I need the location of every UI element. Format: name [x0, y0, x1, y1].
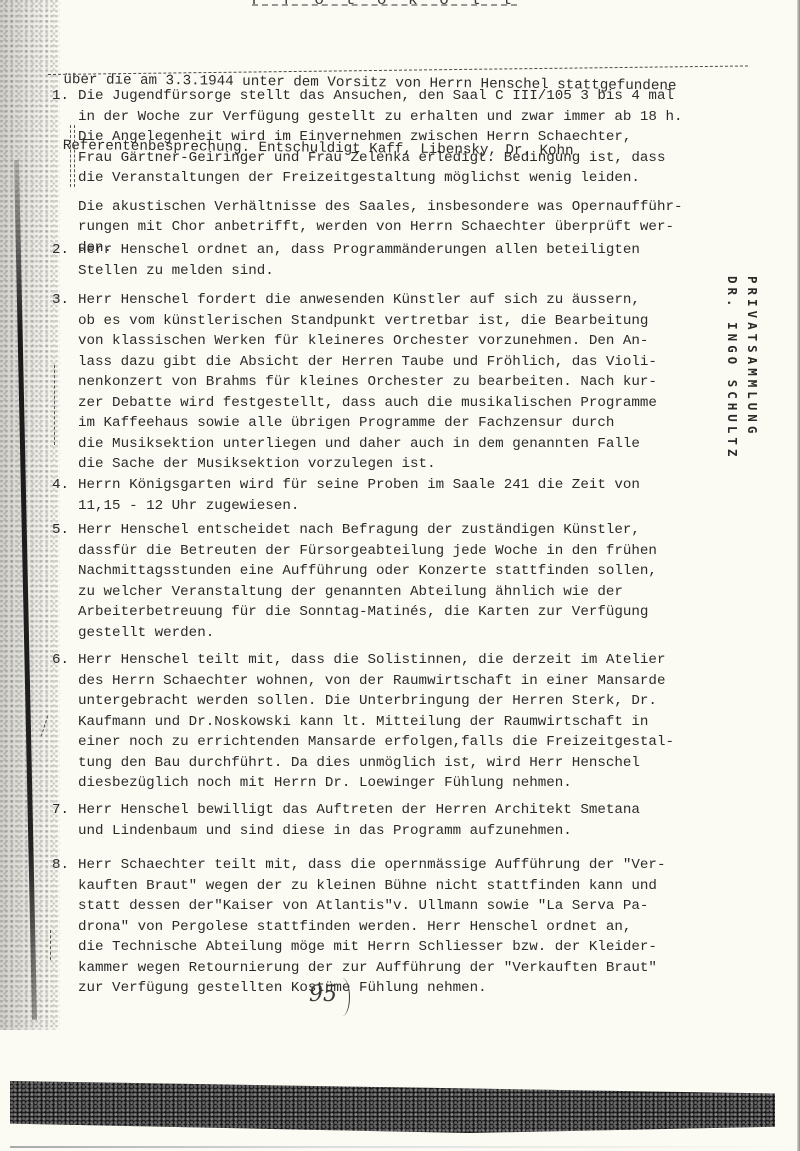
item-line: gestellt werden. [78, 623, 742, 644]
item-line: untergebracht werden sollen. Die Unterbr… [78, 691, 742, 712]
item-number: 4. [52, 475, 78, 516]
item-line: rungen mit Chor anbetrifft, werden von H… [78, 217, 742, 238]
agenda-item-4: 4. Herrn Königsgarten wird für seine Pro… [52, 475, 742, 516]
agenda-item-3: 3. Herr Henschel fordert die anwesenden … [52, 290, 742, 475]
handwritten-page-number: 95 [309, 982, 337, 1007]
item-line: Stellen zu melden sind. [78, 261, 742, 282]
item-line: Herrn Königsgarten wird für seine Proben… [78, 475, 742, 496]
margin-mark [70, 125, 71, 187]
archive-stamp: PRIVATSAMMLUNG DR. INGO SCHULTZ [722, 276, 762, 460]
agenda-item-7: 7. Herr Henschel bewilligt das Auftreten… [52, 800, 742, 841]
item-line: lass dazu gibt die Absicht der Herren Ta… [78, 352, 742, 373]
agenda-item-6: 6. Herr Henschel teilt mit, dass die Sol… [52, 650, 742, 794]
item-line: 11,15 - 12 Uhr zugewiesen. [78, 496, 742, 517]
item-number: 2. [52, 240, 78, 281]
item-line: kammer wegen Retournierung der zur Auffü… [78, 958, 742, 979]
agenda-item-1: 1. Die Jugendfürsorge stellt das Ansuche… [52, 86, 742, 258]
item-line: einer noch zu errichtenden Mansarde erfo… [78, 732, 742, 753]
agenda-item-8: 8. Herr Schaechter teilt mit, dass die o… [52, 855, 742, 999]
item-line: Die Jugendfürsorge stellt das Ansuchen, … [78, 86, 742, 107]
item-line: die Technische Abteilung möge mit Herrn … [78, 937, 742, 958]
stamp-line-collection: PRIVATSAMMLUNG [742, 276, 762, 460]
item-line: Nachmittagsstunden eine Aufführung oder … [78, 561, 742, 582]
item-line: Die Angelegenheit wird im Einvernehmen z… [78, 127, 742, 148]
scan-artifact-bottom-bar [10, 1081, 775, 1133]
item-line: zer Debatte wird festgestellt, dass auch… [78, 393, 742, 414]
item-line: Herr Henschel ordnet an, dass Programmän… [78, 240, 742, 261]
item-line: die Musiksektion unterliegen und daher a… [78, 434, 742, 455]
item-line: Herr Schaechter teilt mit, dass die oper… [78, 855, 742, 876]
item-line: dassfür die Betreuten der Fürsorgeabteil… [78, 541, 742, 562]
document-heading: P r o t o k o l l [252, 0, 517, 9]
item-line: drona" von Pergolese stattfinden werden.… [78, 917, 742, 938]
item-line: zu welcher Veranstaltung der genannten A… [78, 582, 742, 603]
item-line: zur Verfügung gestellten Kostüme Fühlung… [78, 978, 742, 999]
margin-mark [50, 930, 51, 960]
item-line: tung den Bau durchführt. Da dies unmögli… [78, 753, 742, 774]
item-line: ob es vom künstlerischen Standpunkt vert… [78, 311, 742, 332]
item-line: im Kaffeehaus sowie alle übrigen Program… [78, 413, 742, 434]
item-number: 8. [52, 855, 78, 999]
item-line: Frau Gärtner-Geiringer und Frau Zelenka … [78, 148, 742, 169]
item-number: 5. [52, 520, 78, 643]
item-line: von klassischen Werken für kleineres Orc… [78, 331, 742, 352]
item-line: kauften Braut" wegen der zu kleinen Bühn… [78, 876, 742, 897]
item-number: 3. [52, 290, 78, 475]
stamp-line-owner: DR. INGO SCHULTZ [722, 276, 742, 460]
agenda-item-5: 5. Herr Henschel entscheidet nach Befrag… [52, 520, 742, 643]
item-line: Herr Henschel entscheidet nach Befragung… [78, 520, 742, 541]
agenda-item-2: 2. Herr Henschel ordnet an, dass Program… [52, 240, 742, 281]
scan-edge-bottom [10, 1146, 790, 1148]
item-line: Arbeiterbetreuung für die Sonntag-Matiné… [78, 602, 742, 623]
item-line: Herr Henschel teilt mit, dass die Solist… [78, 650, 742, 671]
item-line: diesbezüglich noch mit Herrn Dr. Loewing… [78, 773, 742, 794]
scan-shadow-left [0, 0, 60, 1030]
item-line: die Sache der Musiksektion vorzulegen is… [78, 454, 742, 475]
item-number: 7. [52, 800, 78, 841]
margin-mark [74, 125, 75, 187]
item-line: Herr Henschel bewilligt das Auftreten de… [78, 800, 742, 821]
item-number: 6. [52, 650, 78, 794]
item-line: die Veranstaltungen der Freizeitgestaltu… [78, 168, 742, 189]
item-line: in der Woche zur Verfügung gestellt zu e… [78, 107, 742, 128]
margin-mark [54, 365, 55, 445]
item-line: Kaufmann und Dr.Noskowski kann lt. Mitte… [78, 712, 742, 733]
item-line: Die akustischen Verhältnisse des Saales,… [78, 197, 742, 218]
item-line: statt dessen der"Kaiser von Atlantis"v. … [78, 896, 742, 917]
item-line: und Lindenbaum und sind diese in das Pro… [78, 821, 742, 842]
item-line: Herr Henschel fordert die anwesenden Kün… [78, 290, 742, 311]
item-line: des Herrn Schaechter wohnen, von der Rau… [78, 671, 742, 692]
item-line: nenkonzert von Brahms für kleines Orches… [78, 372, 742, 393]
